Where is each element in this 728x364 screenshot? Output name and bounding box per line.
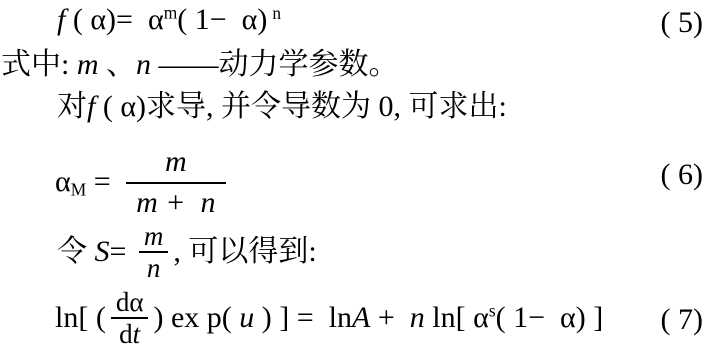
superscript-n: n	[272, 3, 281, 23]
text: , 可以得到:	[173, 235, 316, 268]
math-var-t: t	[133, 319, 141, 349]
differential-d: d	[116, 287, 130, 317]
math-lhs: 令 S=	[57, 234, 134, 270]
equation-number-5: ( 5)	[661, 6, 703, 40]
equation-7: ln[ (dαdt) ex p( u ) ] = lnA + n ln[ αs(…	[55, 288, 603, 349]
text: ) ex p(	[153, 301, 239, 334]
text: 对	[57, 90, 87, 123]
math-var-n: n	[136, 48, 151, 81]
text: ( α)求导, 并令导数为 0, 可求出:	[95, 90, 507, 123]
math-text: ( 1− α)	[177, 3, 267, 36]
math-text: ) ex p( u ) ] = lnA + n ln[ αs( 1− α) ]	[153, 300, 603, 336]
text: 令	[57, 235, 95, 268]
equation-6: αM = mm + n	[55, 145, 234, 220]
equation-number-6: ( 6)	[661, 158, 703, 192]
text: ln[ α	[425, 301, 489, 334]
differential-d: d	[119, 319, 133, 349]
where-clause: 式中: m 、n ——动力学参数。	[1, 47, 399, 83]
superscript-s: s	[489, 301, 496, 321]
math-text: ln[ (	[55, 300, 106, 336]
fraction-denominator: n	[139, 253, 169, 282]
paper-excerpt: f ( α)= αm( 1− α)n ( 5) 式中: m 、n ——动力学参数…	[0, 0, 728, 364]
equals-sign: =	[110, 235, 134, 268]
math-text: ( α)=	[65, 3, 148, 36]
text: , 可以得到:	[173, 234, 316, 270]
subscript-M: M	[71, 180, 86, 200]
text: ln[ (	[55, 301, 106, 334]
fraction-numerator: dα	[111, 288, 149, 319]
where-description: ——动力学参数。	[151, 48, 399, 81]
math-var-m: m	[77, 48, 99, 81]
fraction-dalpha-over-dt: dαdt	[111, 288, 149, 349]
math-lhs: αM =	[55, 164, 118, 200]
equals-sign: =	[86, 165, 118, 198]
math-var-A: A	[352, 301, 370, 334]
math-alpha: α	[129, 287, 143, 317]
fraction-denominator: m + n	[126, 184, 225, 221]
derivation-sentence: 对f ( α)求导, 并令导数为 0, 可求出:	[57, 89, 507, 125]
equation-number-7: ( 7)	[661, 303, 703, 337]
plus-sign: +	[370, 301, 409, 334]
let-S-sentence: 令 S= mn, 可以得到:	[57, 222, 317, 283]
where-label: 式中:	[1, 48, 77, 81]
fraction-m-over-m-plus-n: mm + n	[126, 145, 225, 220]
text: ) ] = ln	[254, 301, 352, 334]
fraction-numerator: m	[126, 145, 225, 184]
math-var-u: u	[239, 301, 254, 334]
fraction-m-over-n: mn	[139, 222, 169, 283]
separator: 、	[99, 48, 137, 81]
math-var-S: S	[95, 235, 110, 268]
math-var-n: n	[410, 301, 425, 334]
math-alpha: α	[148, 3, 164, 36]
text: ( 1− α) ]	[496, 301, 604, 334]
superscript-m: m	[164, 3, 178, 23]
math-alpha: α	[55, 165, 71, 198]
fraction-numerator: m	[139, 222, 169, 253]
equation-5: f ( α)= αm( 1− α)n	[57, 2, 281, 38]
fraction-denominator: dt	[111, 319, 149, 348]
